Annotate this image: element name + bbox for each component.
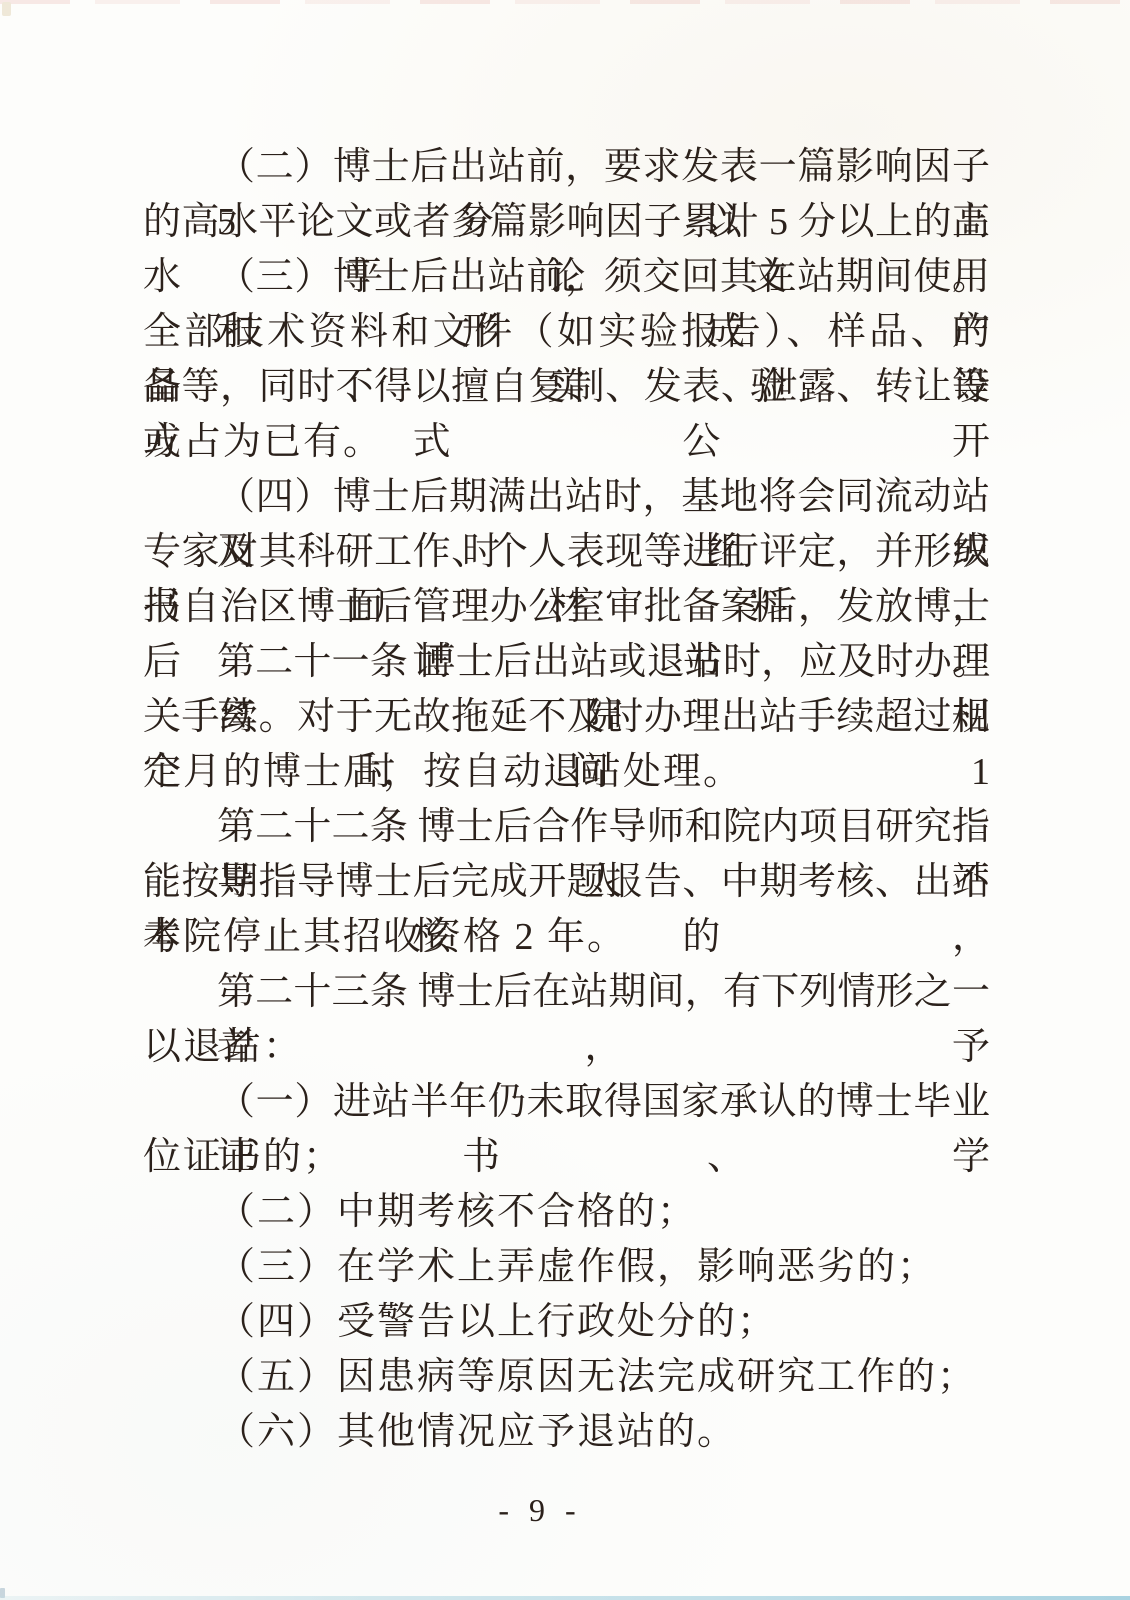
document-line: 第二十一条 博士后出站或退站时，应及时办理离院相 — [143, 635, 990, 690]
document-line: （四）博士后期满出站时，基地将会同流动站及时组织 — [143, 470, 990, 525]
document-line: 第二十二条 博士后合作导师和院内项目研究指导人不 — [143, 800, 990, 855]
document-line: 专家对其科研工作、个人表现等进行评定，并形成书面材料， — [143, 525, 990, 580]
document-line: 第二十三条 博士后在站期间，有下列情形之一者，予 — [143, 965, 990, 1020]
document-line: 的高水平论文或者多篇影响因子累计 5 分以上的高水平论文。 — [143, 195, 990, 250]
document-line: （一）进站半年仍未取得国家承认的博士毕业证书、学 — [143, 1075, 990, 1130]
document-line: 能按期指导博士后完成开题报告、中期考核、出站考核的， — [143, 855, 990, 910]
document-line: 报自治区博士后管理办公室审批备案后，发放博士后证书。 — [143, 580, 990, 635]
document-line: （五）因患病等原因无法完成研究工作的； — [143, 1350, 990, 1405]
document-body: （二）博士后出站前，要求发表一篇影响因子 5 分以上 的高水平论文或者多篇影响因… — [143, 140, 990, 1460]
document-line: （二）博士后出站前，要求发表一篇影响因子 5 分以上 — [143, 140, 990, 195]
document-line: （六）其他情况应予退站的。 — [143, 1405, 990, 1460]
document-line: 备等，同时不得以擅自复制、发表、泄露、转让等方式公开 — [143, 360, 990, 415]
document-line: 全部技术资料和文件（如实验报告）、样品、产品、实验设 — [143, 305, 990, 360]
scan-artifact-top-edge — [0, 0, 1130, 4]
page-number: - 9 - — [0, 1492, 1080, 1529]
document-line: （三）在学术上弄虚作假，影响恶劣的； — [143, 1240, 990, 1295]
document-line: （三）博士后出站前，须交回其在站期间使用和形成的 — [143, 250, 990, 305]
document-line: （四）受警告以上行政处分的； — [143, 1295, 990, 1350]
scan-artifact-bottom-edge — [0, 1596, 1130, 1600]
document-line: （二）中期考核不合格的； — [143, 1185, 990, 1240]
scan-speck — [2, 2, 11, 16]
document-line: 关手续。对于无故拖延不及时办理出站手续超过规定时间 1 — [143, 690, 990, 745]
